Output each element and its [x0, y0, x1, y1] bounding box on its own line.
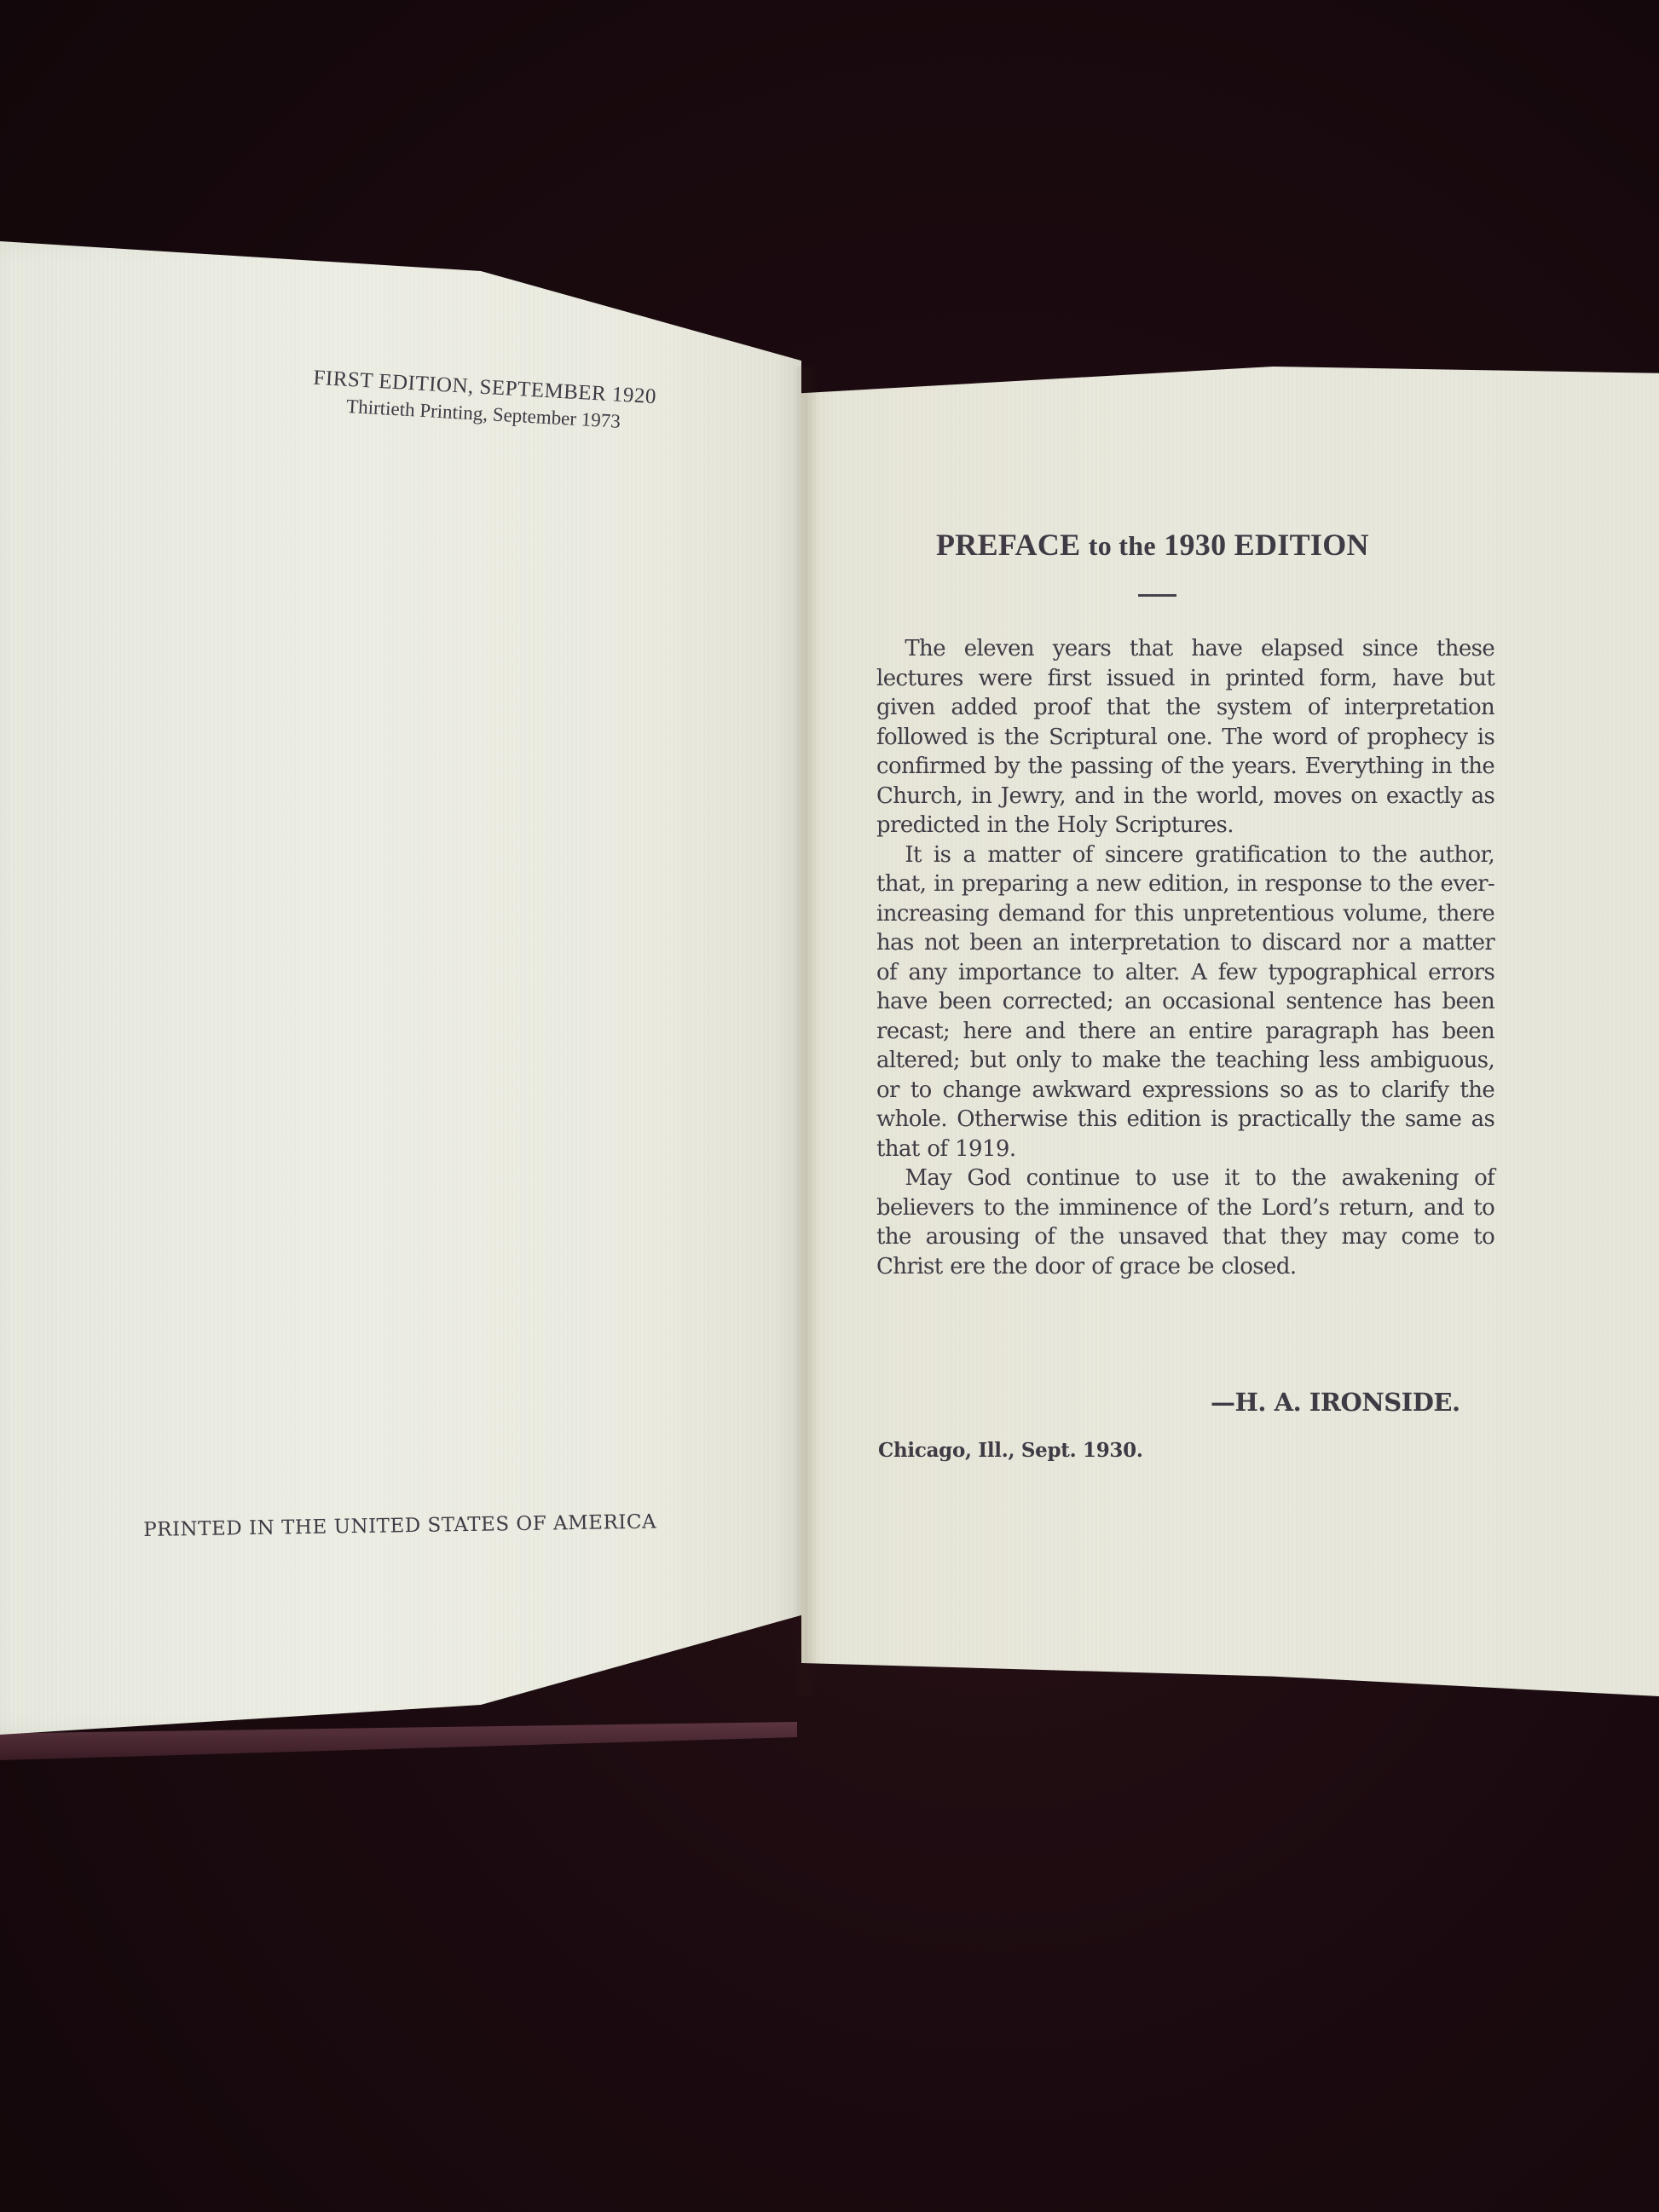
author-signature: —H. A. IRONSIDE.: [1211, 1388, 1460, 1417]
preface-paragraph-3: May God continue to use it to the awaken…: [876, 1164, 1494, 1281]
preface-title: PREFACE to the 1930 EDITION: [936, 527, 1369, 563]
place-and-date: Chicago, Ill., Sept. 1930.: [878, 1439, 1143, 1462]
preface-paragraph-1: The eleven years that have elapsed since…: [876, 634, 1494, 840]
title-word-to-the: to the: [1089, 530, 1156, 561]
title-divider: [1138, 594, 1176, 597]
book-cover-edge: [0, 1722, 797, 1760]
left-page: [0, 241, 801, 1735]
book-gutter: [793, 367, 818, 1696]
preface-body: The eleven years that have elapsed since…: [876, 634, 1494, 1281]
preface-paragraph-2: It is a matter of sincere gratification …: [876, 840, 1494, 1164]
book-photo: FIRST EDITION, SEPTEMBER 1920 Thirtieth …: [0, 0, 1659, 2212]
title-word-preface: PREFACE: [936, 528, 1080, 562]
title-word-edition: 1930 EDITION: [1164, 528, 1369, 562]
